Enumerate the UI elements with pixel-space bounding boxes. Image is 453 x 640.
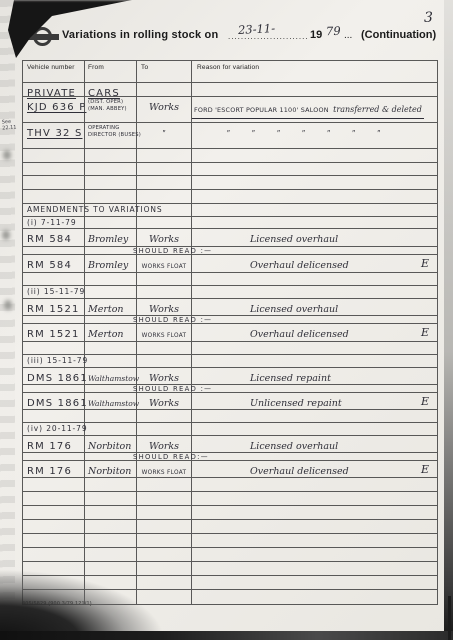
london-transport-roundel-logo	[31, 26, 53, 48]
table-header-row: Vehicle number From To Reason for variat…	[23, 61, 437, 83]
form-title: Variations in rolling stock on	[62, 29, 218, 41]
table-row: RM 1521 Merton WORKS FLOAT Overhaul deli…	[23, 324, 437, 342]
should-read-label: SHOULD READ:—	[133, 453, 209, 461]
table-row: RM 1521 Merton Works Licensed overhaul	[23, 299, 437, 316]
should-read-row: SHOULD READ:—	[23, 453, 437, 461]
amendment-date: (i) 7-11-79	[27, 218, 77, 227]
handwritten-date: 23-11-	[238, 21, 276, 37]
reason-caps: FORD 'ESCORT POPULAR 1100' SALOON	[194, 106, 329, 114]
variations-table: Vehicle number From To Reason for variat…	[22, 60, 438, 605]
margin-note: See 22.11	[2, 119, 17, 132]
from-line1: OPERATING	[88, 123, 136, 132]
vehicle-number: DMS 1861	[27, 396, 88, 409]
reason-cursive: transferred & deleted	[333, 105, 422, 114]
empty-row	[23, 506, 437, 520]
scan-artifact-right-edge	[444, 0, 453, 640]
reason-value: Unlicensed repaint	[192, 396, 342, 409]
scan-artifact-right-bottom-line	[448, 596, 451, 640]
reason-value: Licensed overhaul	[192, 232, 338, 245]
empty-row	[23, 492, 437, 506]
from-line2: (MAN. ABBEY)	[88, 106, 136, 113]
reason-underlined: FORD 'ESCORT POPULAR 1100' SALOON transf…	[192, 97, 424, 119]
empty-row	[23, 520, 437, 534]
table-row: RM 584 Bromley WORKS FLOAT Overhaul deli…	[23, 255, 437, 273]
empty-row	[23, 562, 437, 576]
table-row: RM 176 Norbiton WORKS FLOAT Overhaul del…	[23, 461, 437, 478]
vehicle-number: KJD 636 P	[27, 100, 86, 113]
from-value: Norbiton	[88, 441, 131, 452]
to-value: Works	[149, 372, 179, 384]
should-read-label: SHOULD READ :—	[133, 385, 212, 393]
table-row: PRIVATE CARS	[23, 83, 437, 97]
from-value: Bromley	[88, 234, 128, 245]
amendment-date: (iv) 20-11-79	[27, 424, 88, 433]
from-value: Merton	[88, 329, 124, 340]
section-heading: AMENDMENTS TO VARIATIONS	[27, 205, 163, 214]
to-value: Works	[149, 233, 179, 245]
section-heading-row: AMENDMENTS TO VARIATIONS	[23, 204, 437, 217]
empty-row	[23, 190, 437, 204]
scan-smudge	[2, 230, 10, 240]
amendment-date: (ii) 15-11-79	[27, 287, 85, 296]
header-vehicle-number: Vehicle number	[23, 61, 84, 82]
amendment-date-row: (iv) 20-11-79	[23, 423, 437, 436]
should-read-row: SHOULD READ :—	[23, 247, 437, 255]
vehicle-number: RM 584	[27, 258, 72, 271]
amendment-date-row: (i) 7-11-79	[23, 217, 437, 229]
table-row: RM 176 Norbiton Works Licensed overhaul	[23, 436, 437, 453]
scan-smudge	[3, 150, 11, 160]
should-read-label: SHOULD READ :—	[133, 316, 212, 324]
empty-row	[23, 410, 437, 423]
empty-row	[23, 478, 437, 492]
amendment-date-row: (iii) 15-11-79	[23, 355, 437, 368]
table-row: KJD 636 P (DIST. OPER) (MAN. ABBEY) Work…	[23, 97, 437, 123]
reason-value: Overhaul delicensed	[192, 464, 349, 477]
continuation-label: (Continuation)	[361, 29, 436, 41]
to-value: WORKS FLOAT	[142, 466, 187, 476]
to-ditto-mark: ″	[163, 126, 166, 138]
from-value: Merton	[88, 304, 124, 315]
empty-row	[23, 273, 437, 286]
vehicle-number: RM 176	[27, 464, 72, 477]
vehicle-number: RM 1521	[27, 302, 80, 315]
handwritten-year: 79	[326, 24, 341, 39]
should-read-row: SHOULD READ :—	[23, 316, 437, 324]
table-row: RM 584 Bromley Works Licensed overhaul	[23, 229, 437, 247]
roundel-bar	[27, 34, 59, 40]
vehicle-number: RM 176	[27, 439, 72, 452]
vehicle-number: THV 32 S	[27, 126, 83, 139]
to-value: Works	[149, 303, 179, 315]
scanned-document-page: Variations in rolling stock on .........…	[0, 0, 453, 640]
form-reference-code: 405/5829 (900 3/79 121/1)	[22, 601, 92, 607]
e-flag: E	[421, 463, 429, 476]
from-value: Norbiton	[88, 466, 131, 477]
printed-year-prefix: 19	[310, 29, 322, 41]
from-line1: (DIST. OPER)	[88, 97, 136, 106]
empty-row	[23, 149, 437, 163]
reason-value: Licensed repaint	[192, 371, 331, 384]
e-flag: E	[421, 257, 429, 270]
to-value: Works	[149, 397, 179, 409]
header-to: To	[136, 61, 191, 82]
reason-value: Licensed overhaul	[192, 302, 338, 315]
from-value: Walthamstow	[88, 374, 139, 383]
margin-note-line2: 22.11	[2, 125, 17, 132]
vehicle-number: RM 584	[27, 232, 72, 245]
should-read-label: SHOULD READ :—	[133, 247, 212, 255]
reason-value: Licensed overhaul	[192, 439, 338, 452]
to-value: Works	[149, 440, 179, 452]
table-row: DMS 1861 Walthamstow Works Unlicensed re…	[23, 393, 437, 410]
e-flag: E	[421, 326, 429, 339]
year-trailing-dots: ...	[344, 30, 352, 41]
from-value: Walthamstow	[88, 399, 139, 408]
empty-row	[23, 576, 437, 590]
scan-smudge	[4, 300, 12, 310]
table-row: DMS 1861 Walthamstow Works Licensed repa…	[23, 368, 437, 385]
empty-row	[23, 163, 437, 176]
header-reason: Reason for variation	[191, 61, 437, 82]
reason-ditto-marks: ″ ″ ″ ″ ″ ″ ″	[192, 126, 380, 138]
amendment-date-row: (ii) 15-11-79	[23, 286, 437, 299]
reason-value: Overhaul delicensed	[192, 327, 349, 340]
from-value: Bromley	[88, 260, 128, 271]
scan-artifact-left-edge	[0, 0, 15, 640]
empty-row	[23, 548, 437, 562]
e-flag: E	[421, 395, 429, 408]
empty-row	[23, 176, 437, 190]
to-value: WORKS FLOAT	[142, 260, 187, 270]
to-value: WORKS FLOAT	[142, 329, 187, 339]
vehicle-number: RM 1521	[27, 327, 80, 340]
to-value: Works	[149, 101, 179, 113]
reason-value: Overhaul delicensed	[192, 258, 349, 271]
scan-artifact-bottom-band	[0, 631, 453, 640]
empty-row	[23, 534, 437, 548]
should-read-row: SHOULD READ :—	[23, 385, 437, 393]
from-line2: DIRECTOR (BUSES)	[88, 132, 136, 139]
handwritten-page-number: 3	[424, 10, 433, 26]
amendment-date: (iii) 15-11-79	[27, 356, 88, 365]
vehicle-number: DMS 1861	[27, 371, 88, 384]
table-row: THV 32 S OPERATING DIRECTOR (BUSES) ″ ″ …	[23, 123, 437, 149]
empty-row	[23, 342, 437, 355]
header-from: From	[84, 61, 136, 82]
